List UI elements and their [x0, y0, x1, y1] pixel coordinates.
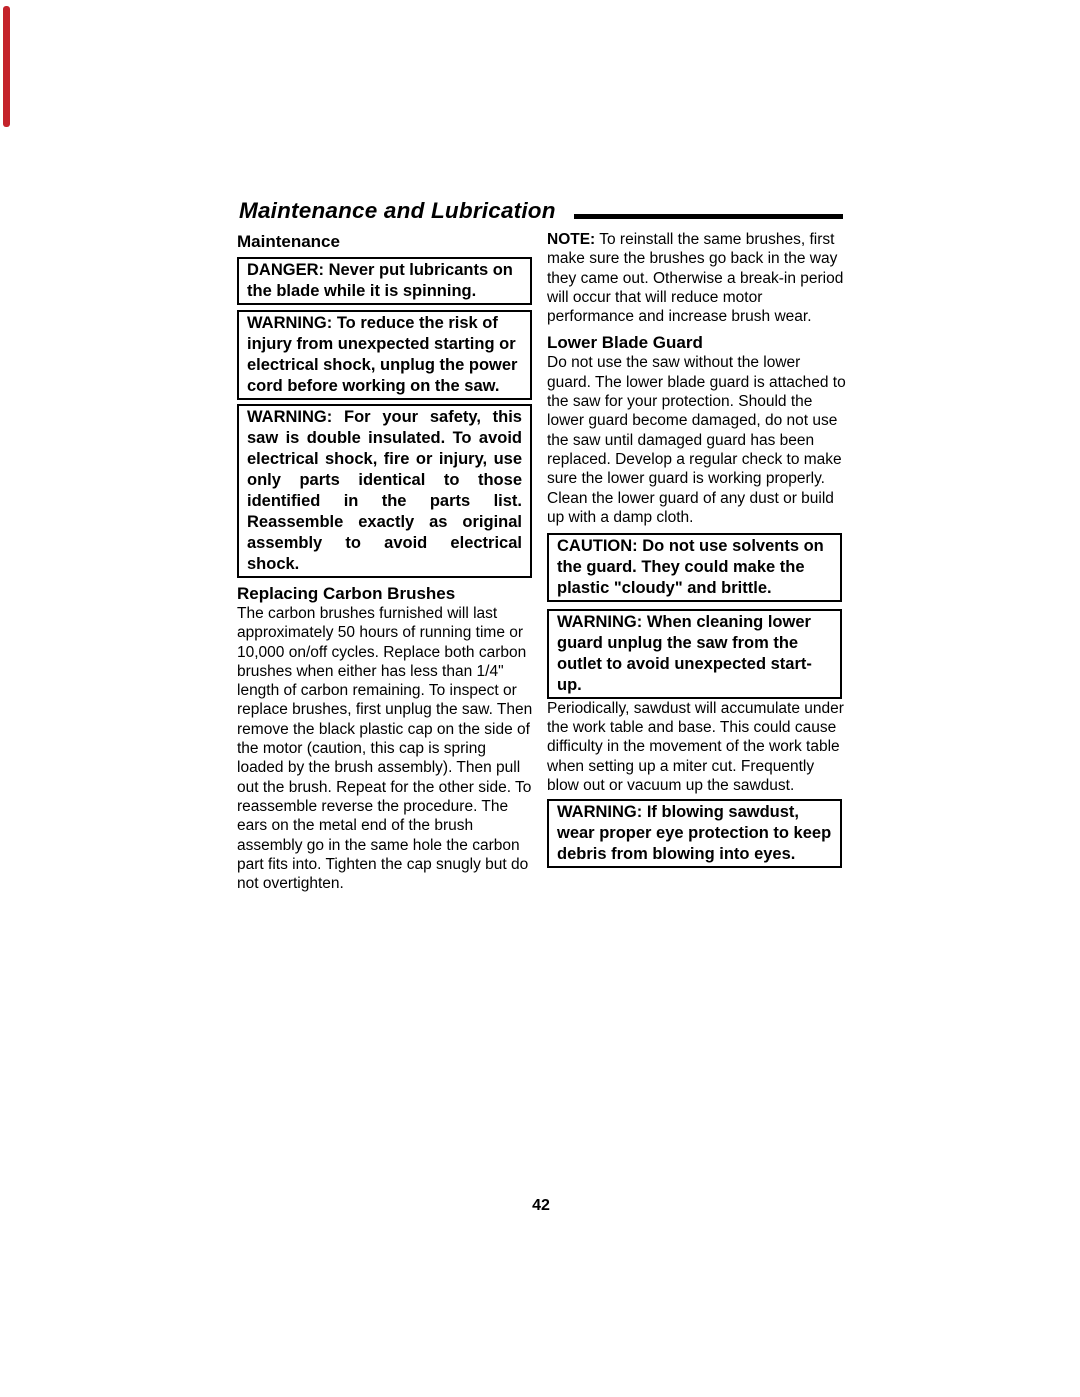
warning-blowing-box: WARNING: If blowing sawdust, wear proper…: [547, 799, 842, 868]
warning-blowing-text: WARNING: If blowing sawdust, wear proper…: [557, 802, 832, 865]
warning-unplug-box: WARNING: To reduce the risk of injury fr…: [237, 310, 532, 400]
page-number: 42: [237, 1197, 845, 1215]
section-title-row: Maintenance and Lubrication: [239, 194, 845, 227]
note-paragraph: NOTE: To reinstall the same brushes, fir…: [547, 230, 847, 326]
scan-artifact: [3, 6, 10, 127]
caution-solvents-text: CAUTION: Do not use solvents on the guar…: [557, 536, 832, 599]
left-column: Maintenance DANGER: Never put lubricants…: [237, 231, 536, 893]
manual-page: Maintenance and Lubrication Maintenance …: [0, 0, 1080, 1397]
page-title: Maintenance and Lubrication: [239, 194, 556, 227]
lower-blade-guard-paragraph: Do not use the saw without the lower gua…: [547, 353, 847, 527]
danger-lubricants-box: DANGER: Never put lubricants on the blad…: [237, 257, 532, 305]
danger-lubricants-text: DANGER: Never put lubricants on the blad…: [247, 260, 522, 302]
replacing-carbon-brushes-heading: Replacing Carbon Brushes: [237, 583, 536, 604]
right-column: NOTE: To reinstall the same brushes, fir…: [547, 230, 847, 868]
warning-cleaning-text: WARNING: When cleaning lower guard unplu…: [557, 612, 832, 696]
warning-double-insulated-text: WARNING: For your safety, this saw is do…: [247, 407, 522, 575]
warning-cleaning-box: WARNING: When cleaning lower guard unplu…: [547, 609, 842, 699]
warning-double-insulated-box: WARNING: For your safety, this saw is do…: [237, 404, 532, 578]
maintenance-heading: Maintenance: [237, 231, 536, 252]
note-label: NOTE:: [547, 231, 595, 248]
caution-solvents-box: CAUTION: Do not use solvents on the guar…: [547, 533, 842, 602]
sawdust-paragraph: Periodically, sawdust will accumulate un…: [547, 699, 847, 795]
carbon-brushes-paragraph: The carbon brushes furnished will last a…: [237, 604, 536, 893]
warning-unplug-text: WARNING: To reduce the risk of injury fr…: [247, 313, 522, 397]
title-rule: [574, 214, 843, 219]
lower-blade-guard-heading: Lower Blade Guard: [547, 332, 847, 353]
